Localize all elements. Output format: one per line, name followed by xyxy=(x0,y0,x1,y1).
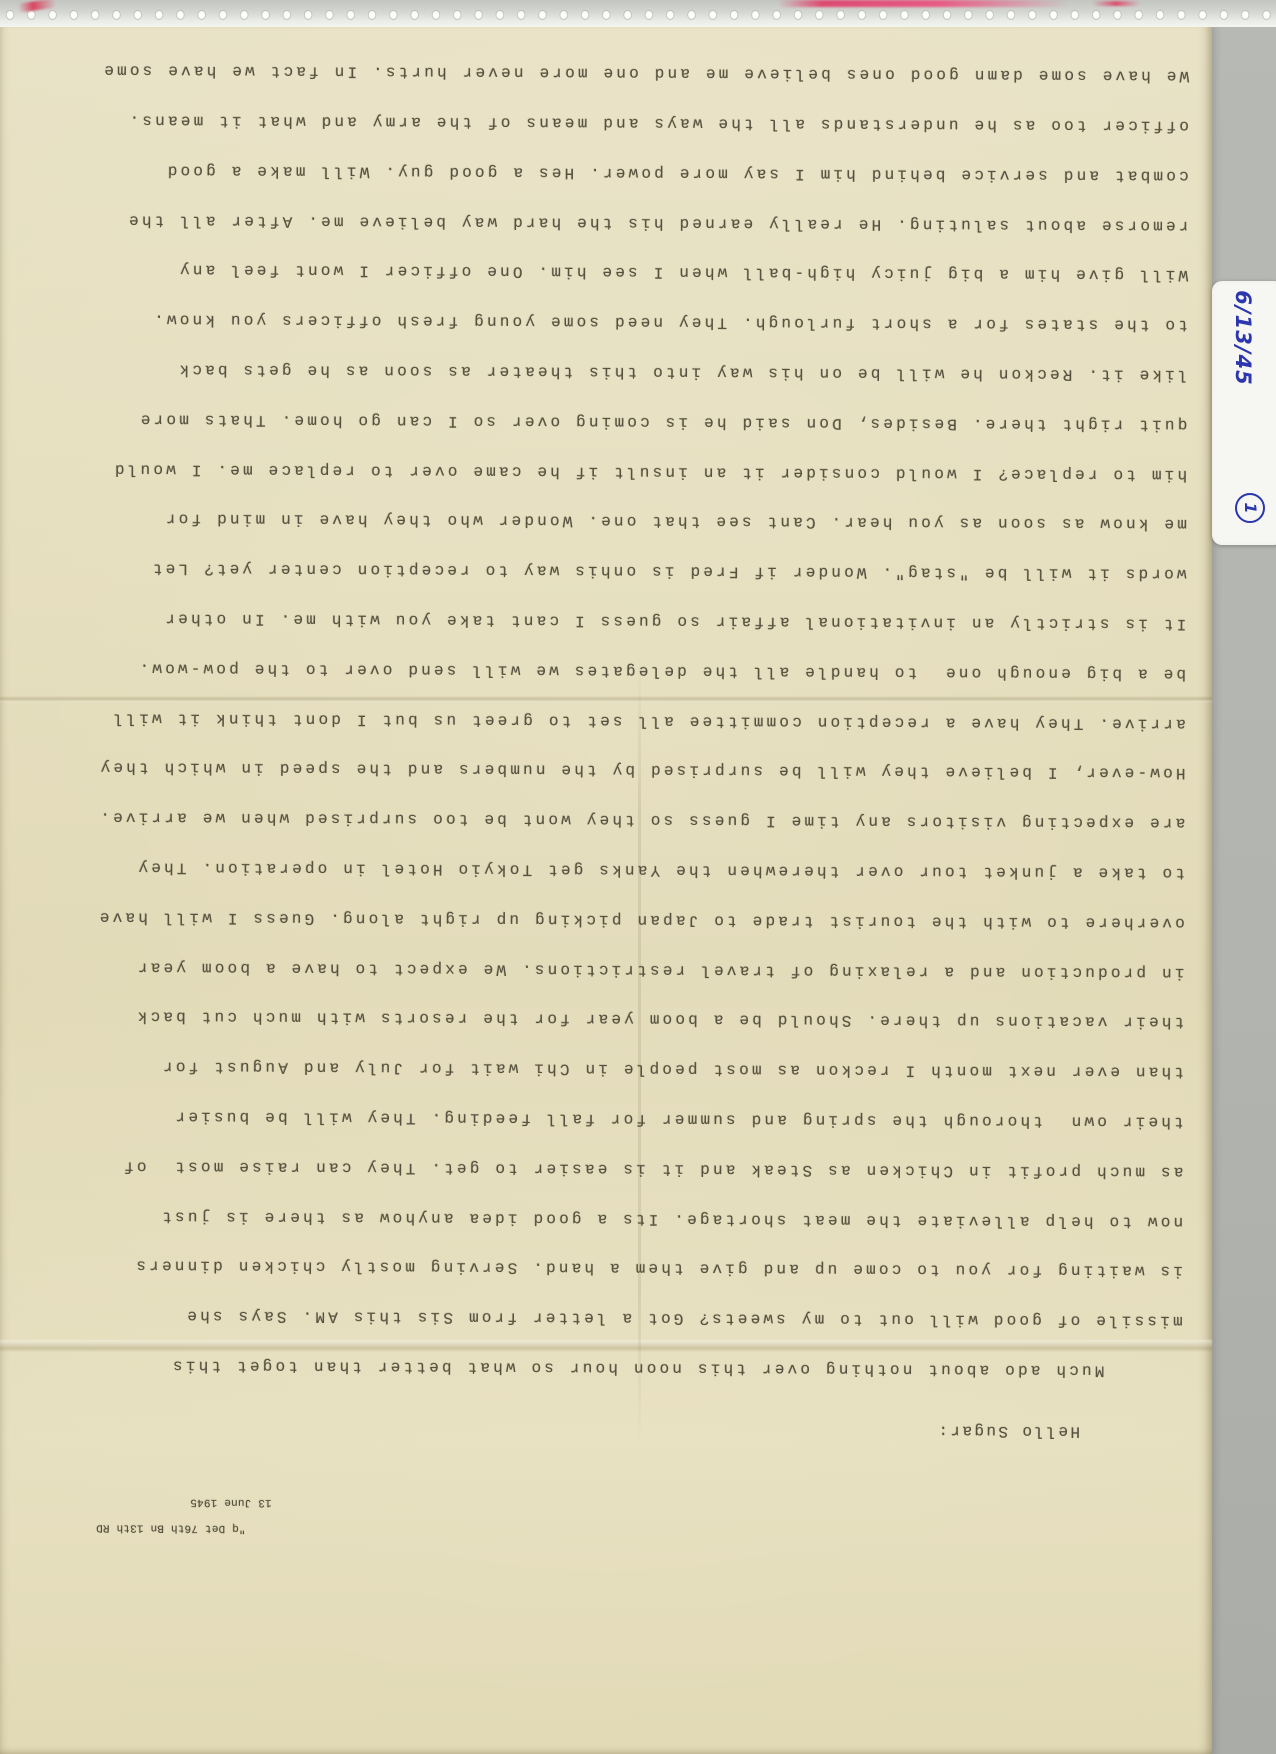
typed-line: is waiting for you to come up and give t… xyxy=(8,1239,1183,1295)
typed-line: Will give him a big juicy high-ball when… xyxy=(13,244,1188,300)
typed-line: to the states for a short furlough. They… xyxy=(13,293,1188,349)
letter-heading-date: 13 June 1945 xyxy=(190,1496,272,1508)
binding-strip xyxy=(0,0,1276,27)
typed-line: overhere to with the tourist trade to Ja… xyxy=(10,891,1185,947)
typed-line: remorse about saluting. He really earned… xyxy=(13,194,1188,250)
typed-line: are expecting visitors any time I guess … xyxy=(10,791,1185,847)
letter-paper: "q Det 76th Bn 13th RD 13 June 1945 Hell… xyxy=(0,24,1212,1754)
typed-line: How-ever, I believe they will be surpris… xyxy=(11,742,1186,798)
typed-line: arrive. They have a reception committee … xyxy=(11,692,1186,748)
date-sticker: 6/13/45 1 xyxy=(1212,281,1276,545)
typed-line: now to help alleviate the meat shortage.… xyxy=(8,1190,1183,1246)
typed-line: me know as soon as you hear. Cant see th… xyxy=(12,493,1187,549)
typed-line: their vacations up there. Should be a bo… xyxy=(9,991,1184,1047)
typed-line: like it. Reckon he will be on his way in… xyxy=(13,343,1188,399)
typed-line: quit right there. Besides, Don said he i… xyxy=(12,393,1187,449)
typed-line: officer too as he understands all the wa… xyxy=(14,94,1189,150)
typed-line: to take a junket tour over therewhen the… xyxy=(10,841,1185,897)
typed-line: combat and service behind him I say more… xyxy=(14,144,1189,200)
typed-line: than ever next month I reckon as most pe… xyxy=(9,1040,1184,1096)
typed-line: in production and a relaxing of travel r… xyxy=(9,941,1184,997)
typed-line: as much profit in Chicken as Steak and i… xyxy=(8,1140,1183,1196)
letter-body: Much ado about nothing over this noon ho… xyxy=(7,44,1189,1395)
letter-heading-unit: "q Det 76th Bn 13th RD xyxy=(96,1521,246,1534)
typed-line: be a big enough one to handle all the de… xyxy=(11,642,1186,698)
pink-highlight-mark-main xyxy=(778,0,1070,7)
scanned-letter-page: { "scan": { "sticker": { "date_label": "… xyxy=(0,0,1276,1754)
typed-line: We have some damn good ones believe me a… xyxy=(14,44,1189,100)
typed-line: their own thorough the spring and summer… xyxy=(9,1090,1184,1146)
letter-salutation: Hello Sugar: xyxy=(936,1422,1080,1441)
pink-highlight-mark-small xyxy=(1092,1,1140,6)
handwritten-date: 6/13/45 xyxy=(1229,286,1255,390)
typed-line: words it will be "stag". Wonder if Fred … xyxy=(12,542,1187,598)
page-number-circled: 1 xyxy=(1235,493,1265,523)
typed-line: It is strictly an invitational affair so… xyxy=(11,592,1186,648)
typed-line: him to replace? I would consider it an i… xyxy=(12,443,1187,499)
typed-line: missile of good will out to my sweets? G… xyxy=(8,1289,1183,1345)
typed-line: Much ado about nothing over this noon ho… xyxy=(7,1339,1182,1395)
letter-content-rotated: "q Det 76th Bn 13th RD 13 June 1945 Hell… xyxy=(0,21,1217,1754)
